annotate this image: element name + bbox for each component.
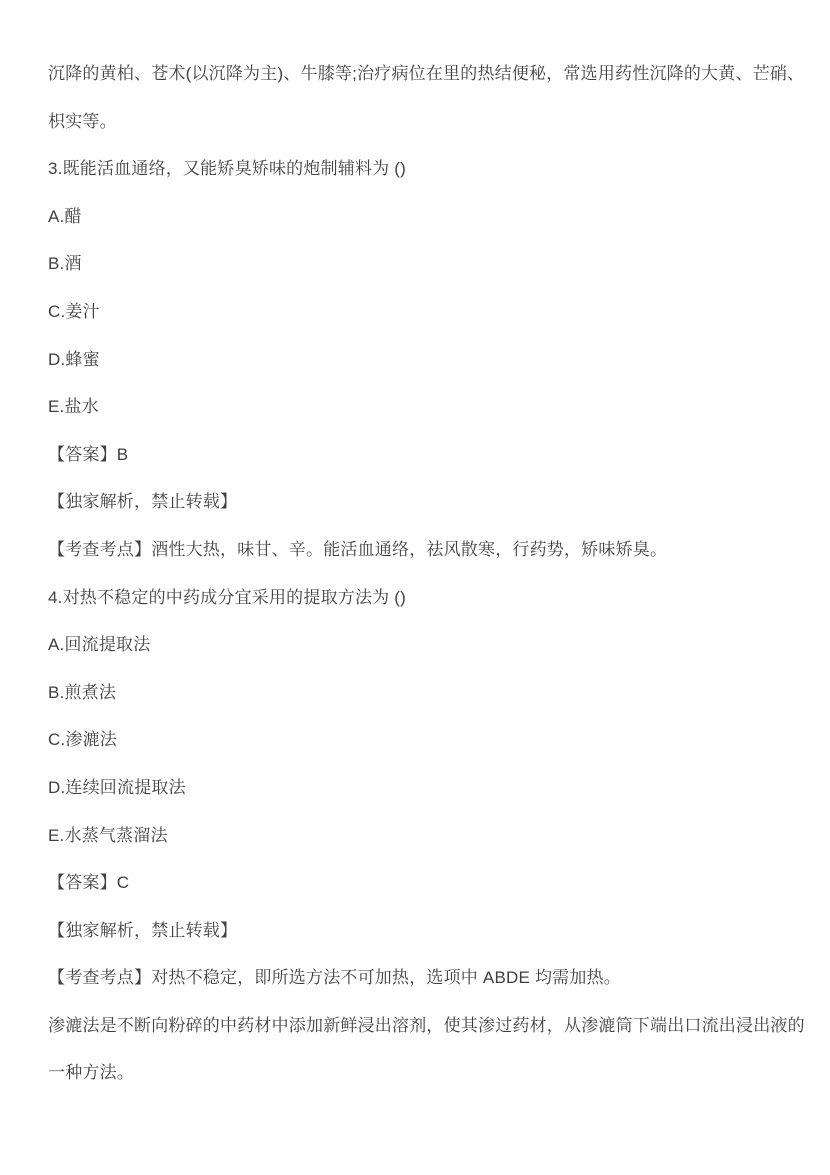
intro-paragraph-line-2: 枳实等。 xyxy=(48,98,790,146)
question-4-option-c: C.渗漉法 xyxy=(48,716,790,764)
question-4-explanation-line-1: 渗漉法是不断向粉碎的中药材中添加新鲜浸出溶剂，使其渗过药材，从渗漉筒下端出口流出… xyxy=(48,1002,790,1050)
intro-paragraph-line-1: 沉降的黄柏、苍术(以沉降为主)、牛膝等;治疗病位在里的热结便秘，常选用药性沉降的… xyxy=(48,50,790,98)
question-4-option-b: B.煎煮法 xyxy=(48,669,790,717)
question-4-copyright-notice: 【独家解析，禁止转载】 xyxy=(48,907,790,955)
question-3-option-b: B.酒 xyxy=(48,240,790,288)
question-3-key-point: 【考查考点】酒性大热，味甘、辛。能活血通络，祛风散寒，行药势，矫味矫臭。 xyxy=(48,526,790,574)
question-4-key-point: 【考查考点】对热不稳定，即所选方法不可加热，选项中 ABDE 均需加热。 xyxy=(48,954,790,1002)
question-4-option-a: A.回流提取法 xyxy=(48,621,790,669)
question-4-option-e: E.水蒸气蒸溜法 xyxy=(48,812,790,860)
question-4-stem: 4.对热不稳定的中药成分宜采用的提取方法为 () xyxy=(48,574,790,622)
question-3-option-a: A.醋 xyxy=(48,193,790,241)
question-3-copyright-notice: 【独家解析，禁止转载】 xyxy=(48,478,790,526)
question-3-option-d: D.蜂蜜 xyxy=(48,336,790,384)
question-3-option-c: C.姜汁 xyxy=(48,288,790,336)
question-4-explanation-line-2: 一种方法。 xyxy=(48,1049,790,1097)
question-4-option-d: D.连续回流提取法 xyxy=(48,764,790,812)
question-4-answer: 【答案】C xyxy=(48,859,790,907)
question-3-stem: 3.既能活血通络，又能矫臭矫味的炮制辅料为 () xyxy=(48,145,790,193)
document-page: 沉降的黄柏、苍术(以沉降为主)、牛膝等;治疗病位在里的热结便秘，常选用药性沉降的… xyxy=(0,0,830,1175)
question-3-option-e: E.盐水 xyxy=(48,383,790,431)
question-3-answer: 【答案】B xyxy=(48,431,790,479)
